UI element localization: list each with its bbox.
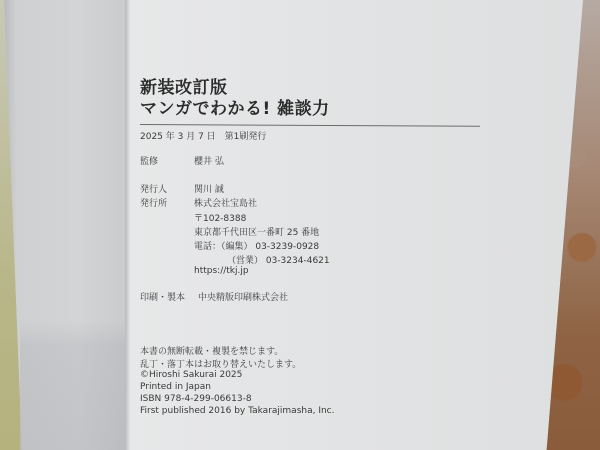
publisher-website: https://tkj.jp [194, 266, 249, 276]
publisher-person-name: 関川 誠 [194, 182, 224, 195]
supervisor-label: 監修 [140, 154, 158, 167]
book-title: マンガでわかる! 雑談力 [140, 94, 330, 119]
replacement-notice: 乱丁・落丁本はお取り替えいたします。 [140, 357, 301, 370]
publisher-name: 株式会社宝島社 [194, 196, 257, 209]
copyright: ©Hiroshi Sakurai 2025 [140, 370, 242, 380]
left-page-shadow [20, 320, 128, 450]
printer-label: 印刷・製本 [140, 290, 185, 303]
printed-in: Printed in Japan [140, 382, 211, 392]
postal-code: 〒102-8388 [194, 211, 246, 224]
isbn: ISBN 978-4-299-06613-8 [140, 394, 252, 404]
printer-name: 中央精版印刷株式会社 [198, 290, 288, 303]
reproduction-notice: 本書の無断転載・複製を禁じます。 [140, 344, 283, 357]
phone-editorial: 電話：（編集） 03-3239-0928 [194, 239, 319, 252]
book-gutter [125, 0, 130, 450]
supervisor-name: 櫻井 弘 [194, 154, 224, 167]
publisher-person-label: 発行人 [140, 182, 167, 195]
publication-date: 2025 年 3 月 7 日 第1刷発行 [140, 129, 266, 142]
publisher-label: 発行所 [140, 196, 167, 209]
first-published: First published 2016 by Takarajimasha, I… [140, 406, 335, 416]
publisher-address: 東京都千代田区一番町 25 番地 [194, 225, 319, 238]
phone-sales: （営業） 03-3234-4621 [227, 253, 330, 266]
